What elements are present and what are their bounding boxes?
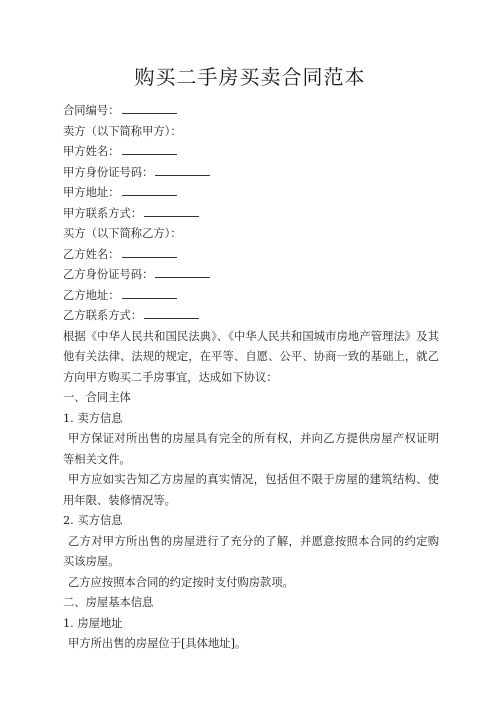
field-label: 卖方（以下简称甲方）： [63, 125, 182, 138]
section-heading: 二、房屋基本信息 [63, 593, 439, 614]
field-seller-name: 甲方姓名： [63, 142, 439, 163]
blank-line [122, 183, 177, 196]
field-label: 甲方姓名： [63, 145, 120, 158]
field-seller-id: 甲方身份证号码： [63, 163, 439, 184]
section-heading: 一、合同主体 [63, 388, 439, 409]
blank-line [144, 204, 199, 217]
blank-line [122, 142, 177, 155]
field-buyer-address: 乙方地址： [63, 286, 439, 307]
field-label: 买方（以下简称乙方）： [63, 227, 182, 240]
field-buyer-heading: 买方（以下简称乙方）： [63, 224, 439, 245]
field-contract-number: 合同编号： [63, 101, 439, 122]
subsection-heading: 1. 卖方信息 [63, 409, 439, 430]
blank-line [144, 306, 199, 319]
field-seller-heading: 卖方（以下简称甲方）： [63, 122, 439, 143]
field-seller-contact: 甲方联系方式： [63, 204, 439, 225]
subsection-heading: 2. 买方信息 [63, 511, 439, 532]
field-label: 乙方联系方式： [63, 309, 142, 322]
blank-line [122, 286, 177, 299]
document-body: 合同编号： 卖方（以下简称甲方）： 甲方姓名： 甲方身份证号码： 甲方地址： 甲… [63, 101, 439, 655]
field-label: 甲方联系方式： [63, 207, 142, 220]
clause-paragraph: 甲方应如实告知乙方房屋的真实情况，包括但不限于房屋的建筑结构、使用年限、装修情况… [63, 470, 439, 511]
field-buyer-contact: 乙方联系方式： [63, 306, 439, 327]
preamble-paragraph: 根据《中华人民共和国民法典》、《中华人民共和国城市房地产管理法》及其他有关法律、… [63, 327, 439, 389]
field-label: 乙方身份证号码： [63, 268, 153, 281]
field-buyer-name: 乙方姓名： [63, 245, 439, 266]
field-label: 合同编号： [63, 104, 120, 117]
blank-line [155, 265, 210, 278]
clause-paragraph: 乙方对甲方所出售的房屋进行了充分的了解，并愿意按照本合同的约定购买该房屋。 [63, 532, 439, 573]
blank-line [122, 101, 177, 114]
field-label: 甲方地址： [63, 186, 120, 199]
subsection-heading: 1. 房屋地址 [63, 614, 439, 635]
document-title: 购买二手房买卖合同范本 [0, 61, 500, 90]
field-label: 乙方地址： [63, 289, 120, 302]
field-label: 乙方姓名： [63, 248, 120, 261]
field-seller-address: 甲方地址： [63, 183, 439, 204]
clause-paragraph: 甲方保证对所出售的房屋具有完全的所有权，并向乙方提供房屋产权证明等相关文件。 [63, 429, 439, 470]
clause-paragraph: 甲方所出售的房屋位于[具体地址]。 [63, 634, 439, 655]
document-page: 购买二手房买卖合同范本 合同编号： 卖方（以下简称甲方）： 甲方姓名： 甲方身份… [0, 0, 500, 707]
field-label: 甲方身份证号码： [63, 166, 153, 179]
blank-line [155, 163, 210, 176]
field-buyer-id: 乙方身份证号码： [63, 265, 439, 286]
blank-line [122, 245, 177, 258]
clause-paragraph: 乙方应按照本合同的约定按时支付购房款项。 [63, 573, 439, 594]
